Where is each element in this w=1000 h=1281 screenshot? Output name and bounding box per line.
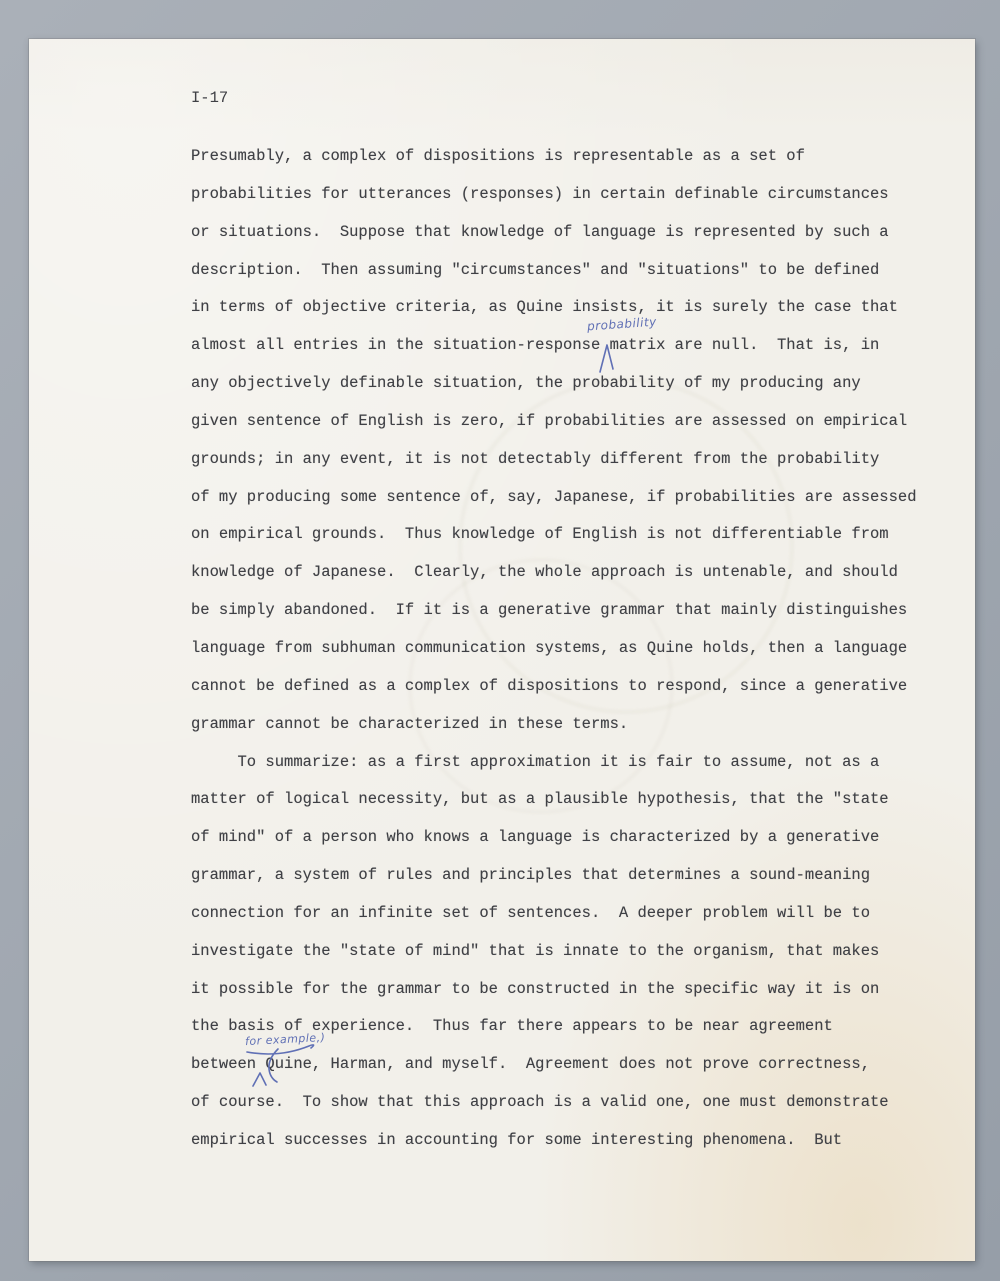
typed-line: be simply abandoned. If it is a generati…: [191, 592, 917, 630]
typed-line: empirical successes in accounting for so…: [191, 1122, 917, 1160]
typed-line: investigate the "state of mind" that is …: [191, 933, 917, 971]
typed-line: in terms of objective criteria, as Quine…: [191, 289, 917, 327]
typed-line: grounds; in any event, it is not detecta…: [191, 441, 917, 479]
typed-line: of mind" of a person who knows a languag…: [191, 819, 917, 857]
typed-line: given sentence of English is zero, if pr…: [191, 403, 917, 441]
typed-line: language from subhuman communication sys…: [191, 630, 917, 668]
manuscript-page: I-17 Presumably, a complex of dispositio…: [29, 39, 975, 1261]
typed-line: To summarize: as a first approximation i…: [191, 744, 917, 782]
typed-line: matter of logical necessity, but as a pl…: [191, 781, 917, 819]
typed-line: or situations. Suppose that knowledge of…: [191, 214, 917, 252]
typed-line: probabilities for utterances (responses)…: [191, 176, 917, 214]
typed-line: knowledge of Japanese. Clearly, the whol…: [191, 554, 917, 592]
typed-line: description. Then assuming "circumstance…: [191, 252, 917, 290]
typed-line: almost all entries in the situation-resp…: [191, 327, 917, 365]
typed-line: it possible for the grammar to be constr…: [191, 971, 917, 1009]
typed-line: grammar cannot be characterized in these…: [191, 706, 917, 744]
typed-line: the basis of experience. Thus far there …: [191, 1008, 917, 1046]
typed-line: of my producing some sentence of, say, J…: [191, 479, 917, 517]
typed-line: cannot be defined as a complex of dispos…: [191, 668, 917, 706]
typed-line: between Quine, Harman, and myself. Agree…: [191, 1046, 917, 1084]
typed-line: of course. To show that this approach is…: [191, 1084, 917, 1122]
scanned-document-background: { "document": { "page_number": "I-17", "…: [0, 0, 1000, 1281]
page-number: I-17: [191, 89, 228, 107]
typed-line: grammar, a system of rules and principle…: [191, 857, 917, 895]
typed-line: connection for an infinite set of senten…: [191, 895, 917, 933]
typed-line: any objectively definable situation, the…: [191, 365, 917, 403]
typed-line: Presumably, a complex of dispositions is…: [191, 138, 917, 176]
typed-line: on empirical grounds. Thus knowledge of …: [191, 516, 917, 554]
typed-text-block: Presumably, a complex of dispositions is…: [191, 138, 917, 1160]
